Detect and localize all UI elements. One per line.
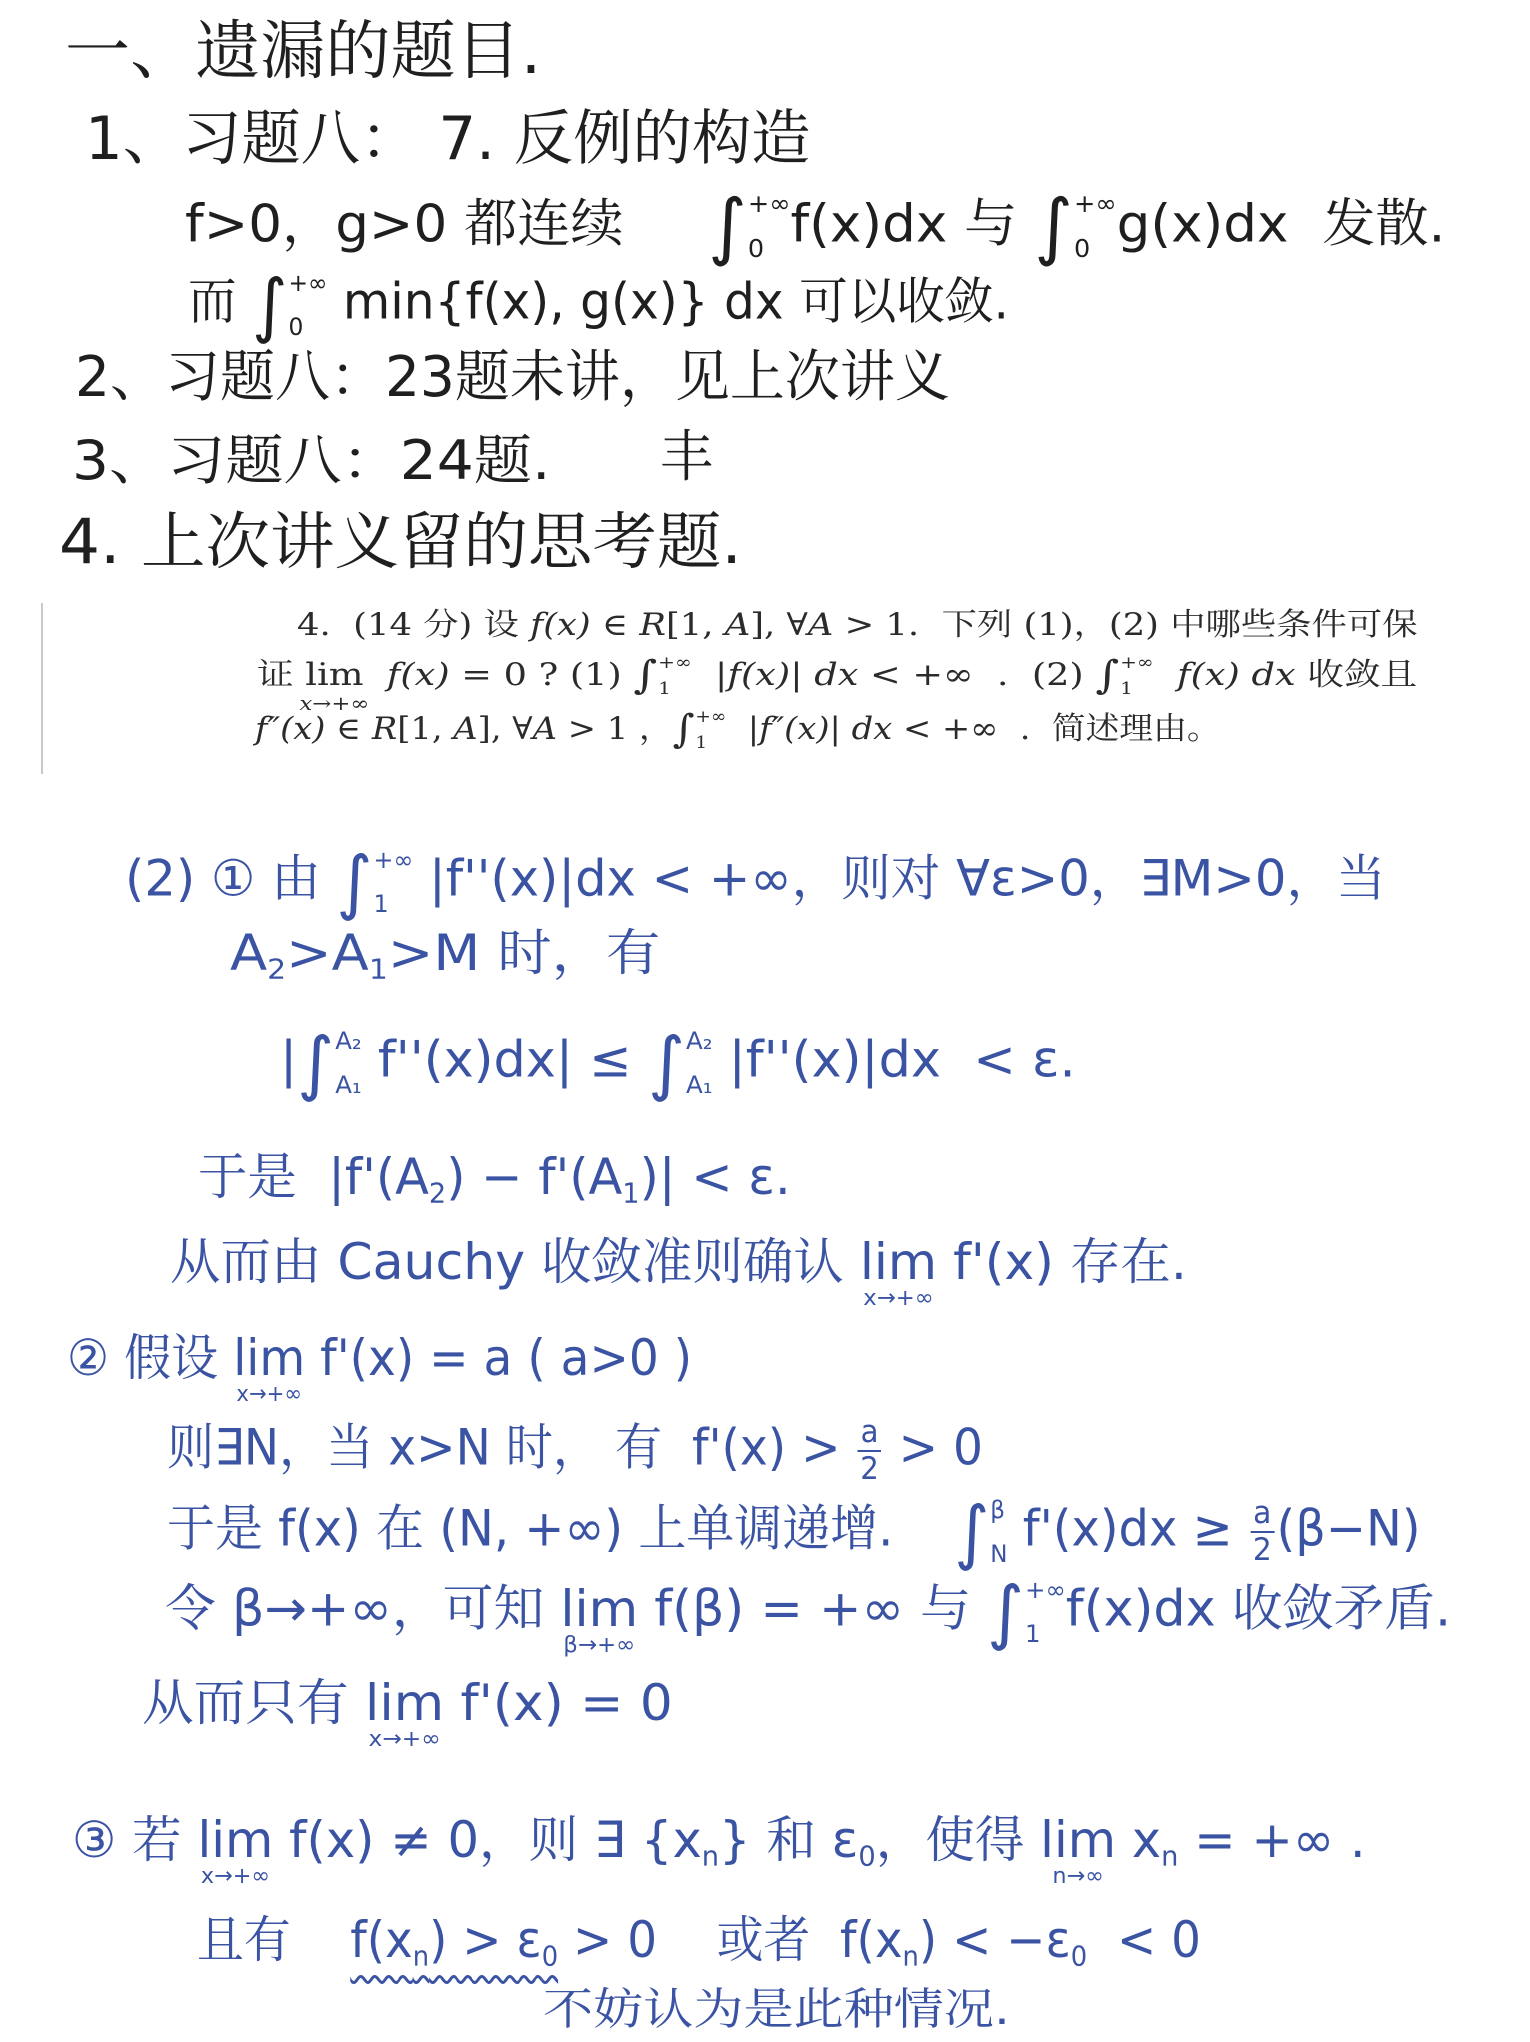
limit-subscript: x→+∞ [236,1383,302,1406]
fraction: a2 [858,1417,881,1485]
math-italic: A [725,607,751,643]
integral-expression: ∫βN [954,1497,1007,1567]
subscript: n [413,1940,429,1972]
text-run: 4. (14 分) 设 [297,607,530,643]
limit-expression: limx→+∞ [197,1810,273,1870]
math-italic: f(x) dx [1177,657,1296,693]
integral-limits: A₂A₁ [335,1029,361,1096]
integral-sign-icon: ∫ [708,191,747,264]
text-run [363,657,386,693]
solution-step1-line-4: 于是 |f'(A2) − f'(A1)| < ε. [198,1147,791,1207]
text-run: f''(x)dx| ≤ [362,1031,648,1089]
text-run: = +∞ . [1178,1811,1365,1869]
numerator: a [1253,1498,1271,1531]
integral-sign-icon: ∫ [297,1028,334,1098]
lower-limit: 1 [695,735,726,752]
subscript: 0 [858,1840,875,1872]
subscript: 0 [542,1940,558,1972]
lower-limit: 1 [658,681,692,698]
subscript: 1 [369,953,388,985]
text-run: [1, [666,607,725,643]
integral-expression: ∫+∞1 [336,847,413,917]
upper-limit: +∞ [695,709,726,726]
upper-limit: A₂ [686,1029,712,1053]
integral-limits: +∞1 [1025,1578,1066,1645]
math-italic: A [808,607,834,643]
problem-line-3: f″(x) ∈ R[1, A], ∀A > 1 ，∫+∞1 |f″(x)| dx… [255,709,1221,752]
text-run: } 和 ε [719,1811,858,1869]
text-run: 且有 [197,1911,350,1969]
integral-limits: +∞0 [288,271,327,338]
text-run: g(x)dx 发散. [1117,194,1446,254]
section-heading: 一、遗漏的题目. [65,14,541,91]
upper-limit: +∞ [1074,192,1117,217]
math-italic: f″(x) [255,711,325,747]
solution-step1-line-5: 从而由 Cauchy 收敛准则确认 limx→+∞ f'(x) 存在. [170,1232,1187,1292]
item-1-condition-line: f>0，g>0 都连续 ∫+∞0f(x)dx 与 ∫+∞0g(x)dx 发散. [185,191,1445,264]
item-1-conclusion-line: 而 ∫+∞0 min{f(x), g(x)} dx 可以收敛. [188,270,1009,340]
integral-expression: ∫+∞1 [987,1577,1066,1647]
text-run: ∈ [591,607,640,643]
integral-limits: +∞1 [374,848,414,915]
lower-limit: 0 [748,237,791,262]
text-run: | [726,711,759,747]
limit-expression: limβ→+∞ [560,1579,638,1639]
limit-subscript: n→∞ [1052,1865,1103,1888]
text-run: )| < ε. [640,1148,791,1206]
limit-subscript: x→+∞ [863,1287,933,1310]
text-run: > 1 ， [557,711,673,747]
integral-limits: +∞0 [748,192,791,262]
solution-step1-line-2: A2>A1>M 时，有 [230,923,660,983]
integral-sign-icon: ∫ [252,270,287,340]
lower-limit: A₁ [686,1073,712,1097]
integral-expression: ∫A₂A₁ [297,1028,362,1098]
text-run: | [280,1031,297,1089]
integral-limits: βN [990,1498,1007,1565]
limit-operator: lim [233,1329,305,1387]
integral-sign-icon: ∫ [1095,657,1119,696]
solution-step3-line-1: ③ 若 limx→+∞ f(x) ≠ 0，则 ∃ {xn} 和 ε0，使得 li… [72,1810,1366,1870]
text-run: > 0 [884,1418,983,1476]
text-run: f'(x) 存在. [937,1233,1187,1291]
limit-operator: lim [305,657,363,693]
text-run: f(x)dx 收敛矛盾. [1066,1580,1451,1638]
problem-line-2: 证 limx→+∞ f(x) = 0 ? (1) ∫+∞1 |f(x)| dx … [257,655,1417,698]
problem-line-1: 4. (14 分) 设 f(x) ∈ R[1, A], ∀A > 1. 下列 (… [297,607,1418,644]
numerator: a [861,1417,879,1450]
solution-step2-line-5: 从而只有 limx→+∞ f'(x) = 0 [142,1673,673,1733]
text-run: 于是 |f'(A [198,1148,429,1206]
text-run: 从而由 Cauchy 收敛准则确认 [170,1233,860,1291]
subscript: 0 [1071,1940,1087,1972]
text-run: | [790,657,814,693]
limit-operator: lim [197,1811,273,1869]
integral-sign-icon: ∫ [633,657,657,696]
text-run: 则∃N，当 x>N 时， 有 f'(x) > [167,1418,856,1476]
limit-expression: limx→+∞ [305,657,363,694]
fraction: a2 [1250,1498,1274,1566]
integral-sign-icon: ∫ [648,1028,685,1098]
solution-step3-line-2: 且有 f(xn) > ε0 > 0 或者 f(xn) < −ε0 < 0 [197,1910,1201,1970]
text-run: f(x) ≠ 0，则 ∃ {x [273,1811,701,1869]
text-run: [1, [397,711,453,747]
upper-limit: A₂ [335,1029,361,1053]
integral-limits: A₂A₁ [686,1029,712,1096]
math-italic: dx [814,657,858,693]
integral-sign-icon: ∫ [336,847,372,917]
subscript: n [702,1840,719,1872]
integral-expression: ∫+∞0 [708,191,790,264]
denominator: 2 [858,1450,881,1485]
integral-sign-icon: ∫ [673,711,695,750]
lower-limit: N [990,1542,1007,1566]
text-run: | [830,711,852,747]
math-italic: f(x) [530,607,591,643]
text-run: ② 假设 [67,1329,233,1387]
text-run: < 0 [1087,1911,1201,1969]
text-run: (β−N) [1277,1500,1421,1558]
lower-limit: A₁ [335,1073,361,1097]
text-run: | [692,657,728,693]
solution-step1-line-1: (2) ① 由 ∫+∞1 |f''(x)|dx < +∞，则对 ∀ε>0，∃M>… [125,847,1386,917]
text-run: min{f(x), g(x)} dx 可以收敛. [327,273,1009,331]
math-italic: R [372,711,397,747]
text-run: x [1116,1811,1161,1869]
text-run [1154,657,1177,693]
solution-step1-line-3: |∫A₂A₁ f''(x)dx| ≤ ∫A₂A₁ |f''(x)|dx < ε. [280,1028,1076,1098]
lower-limit: 1 [1025,1622,1066,1646]
integral-limits: +∞1 [695,709,726,752]
math-italic: dx [852,711,893,747]
upper-limit: +∞ [748,192,791,217]
upper-limit: +∞ [288,271,327,295]
lower-limit: 1 [374,892,414,916]
upper-limit: β [990,1498,1007,1522]
text-run: 于是 f(x) 在 (N, +∞) 上单调递增. [167,1500,954,1558]
text-run: (2) ① 由 [125,850,336,908]
item-4: 4. 上次讲义留的思考题. [59,505,742,579]
integral-expression: ∫+∞1 [633,655,691,698]
text-run: 证 [257,657,305,693]
limit-operator: lim [365,1674,444,1732]
denominator: 2 [1250,1531,1274,1566]
integral-sign-icon: ∫ [1034,191,1073,264]
limit-subscript: x→+∞ [369,1728,441,1751]
item-3: 3、习题八：24题. [72,429,550,494]
limit-operator: lim [560,1580,638,1638]
solution-step2-line-1: ② 假设 limx→+∞ f'(x) = a ( a>0 ) [67,1328,692,1388]
limit-expression: limx→+∞ [233,1328,305,1388]
text-run: ∈ [325,711,371,747]
solution-step2-line-2: 则∃N，当 x>N 时， 有 f'(x) > a2 > 0 [167,1417,983,1485]
solution-step3-note: 不妨认为是此种情况. [543,1984,1010,2037]
math-italic: f(x) [727,657,790,693]
math-italic: A [533,711,557,747]
text-run: > 1. 下列 (1)，(2) 中哪些条件可保 [833,607,1417,643]
text-run: = 0 ? (1) [450,657,634,693]
text-run: >M 时，有 [388,924,661,982]
quote-rule [41,603,43,774]
text-run: f(x [350,1911,413,1969]
integral-limits: +∞0 [1074,192,1117,262]
integral-sign-icon: ∫ [987,1577,1024,1647]
subscript: 1 [622,1177,639,1209]
text-run: ) > ε [429,1911,542,1969]
lower-limit: 1 [1120,681,1154,698]
text-run: ③ 若 [72,1811,197,1869]
text-run: < +∞ . 简述理由。 [892,711,1220,747]
text-run: 收敛且 [1296,657,1418,693]
integral-sign-icon: ∫ [954,1497,989,1567]
math-italic: f″(x) [759,711,829,747]
upper-limit: +∞ [1025,1578,1066,1602]
text-run: >A [286,924,369,982]
text-run: 令 β→+∞，可知 [165,1580,560,1638]
integral-limits: +∞1 [658,655,692,698]
limit-operator: lim [860,1233,937,1291]
text-run: ], ∀ [478,711,533,747]
math-italic: f(x) [387,657,450,693]
notes-page: 一、遗漏的题目. 1、习题八： 7. 反例的构造 f>0，g>0 都连续 ∫+∞… [0,0,1530,2042]
integral-expression: ∫+∞0 [252,270,327,340]
text-run: A [230,924,267,982]
text-run: f'(x) = 0 [444,1674,673,1732]
math-italic: R [639,607,666,643]
text-run: 从而只有 [142,1674,365,1732]
upper-limit: +∞ [374,848,414,872]
text-run: ], ∀ [750,607,808,643]
text-run: |f''(x)|dx < +∞，则对 ∀ε>0，∃M>0，当 [413,850,1385,908]
text-run: ) − f'(A [446,1148,622,1206]
integral-expression: ∫+∞1 [1095,655,1153,698]
math-italic: A [453,711,477,747]
text-run: f>0，g>0 都连续 [185,194,708,254]
lower-limit: 0 [288,315,327,339]
text-run: f(x)dx 与 [790,194,1034,254]
limit-subscript: β→+∞ [563,1634,635,1657]
limit-expression: limx→+∞ [365,1673,444,1733]
text-run: 而 [188,273,252,331]
item-1-title: 1、习题八： 7. 反例的构造 [85,103,811,175]
integral-expression: ∫+∞1 [673,709,727,752]
subscript: 2 [429,1177,446,1209]
solution-step2-line-3: 于是 f(x) 在 (N, +∞) 上单调递增. ∫βN f'(x)dx ≥ a… [167,1497,1421,1567]
text-run: f'(x)dx ≥ [1007,1500,1248,1558]
limit-expression: limn→∞ [1040,1810,1116,1870]
text-run: > 0 或者 f(x [558,1911,902,1969]
text-run: f'(x) = a ( a>0 ) [305,1329,692,1387]
text-run: ) < −ε [919,1911,1071,1969]
text-run: |f''(x)|dx < ε. [713,1031,1076,1089]
item-3-mark: 丰 [660,424,713,491]
upper-limit: +∞ [1120,655,1154,672]
text-run: ，使得 [876,1811,1040,1869]
integral-limits: +∞1 [1120,655,1154,698]
text-run: f(β) = +∞ 与 [638,1580,987,1638]
wavy-underlined-text: f(xn) > ε0 [350,1911,558,1969]
integral-expression: ∫+∞0 [1034,191,1116,264]
lower-limit: 0 [1074,237,1117,262]
subscript: n [903,1940,919,1972]
upper-limit: +∞ [658,655,692,672]
subscript: 2 [267,953,286,985]
limit-expression: limx→+∞ [860,1232,937,1292]
limit-operator: lim [1040,1811,1116,1869]
item-2: 2、习题八：23题未讲，见上次讲义 [75,344,950,411]
subscript: n [1161,1840,1178,1872]
solution-step2-line-4: 令 β→+∞，可知 limβ→+∞ f(β) = +∞ 与 ∫+∞1f(x)dx… [165,1577,1451,1647]
text-run: < +∞ . (2) [858,657,1095,693]
limit-subscript: x→+∞ [201,1865,270,1888]
integral-expression: ∫A₂A₁ [648,1028,713,1098]
